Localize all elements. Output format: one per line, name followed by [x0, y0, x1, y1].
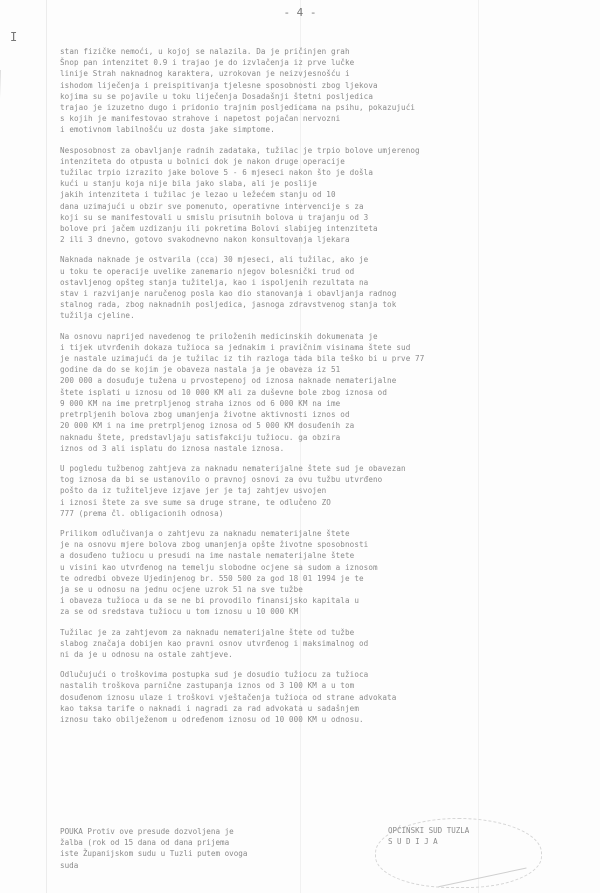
paragraph: stan fizičke nemoći, u kojoj se nalazila…	[60, 46, 560, 136]
text-line: dosuđenom iznosu ulaze i troškovi vješta…	[60, 692, 560, 703]
text-line: žalba (rok od 15 dana od dana prijema	[60, 837, 360, 848]
text-line: linije Strah naknadnog karaktera, uzroko…	[60, 68, 560, 79]
text-line: tužilja cjeline.	[60, 310, 560, 321]
text-line: koji su se manifestovali u smislu prisut…	[60, 212, 560, 223]
text-line: nastalih troškova parnične zastupanja iz…	[60, 680, 560, 691]
text-line: slabog značaja dobijen kao pravni osnov …	[60, 638, 560, 649]
text-line: je na osnovu mjere bolova zbog umanjenja…	[60, 539, 560, 550]
text-line: 777 (prema čl. obligacionih odnosa)	[60, 508, 560, 519]
signature	[435, 854, 526, 887]
text-line: intenziteta do otpusta u bolnici dok je …	[60, 156, 560, 167]
text-line: Odlučujući o troškovima postupka sud je …	[60, 669, 560, 680]
paragraph: Tužilac je za zahtjevom za naknadu nemat…	[60, 627, 560, 661]
paragraph: Na osnovu naprijed navedenog te priložen…	[60, 331, 560, 454]
text-line: i emotivnom labilnošću uz dosta jake sim…	[60, 124, 560, 135]
legal-remedy-note: POUKA Protiv ove presude dozvoljena ježa…	[60, 826, 360, 871]
text-line: a dosuđeno tužiocu u presudi na ime nast…	[60, 550, 560, 561]
text-line: trajao je izuzetno dugo i pridonio trajn…	[60, 102, 560, 113]
text-line: Prilikom odlučivanja o zahtjevu za nakna…	[60, 528, 560, 539]
stamp-line: OPĆINSKI SUD TUZLA	[388, 825, 469, 836]
text-line: za se od sredstava tužiocu u tom iznosu …	[60, 606, 560, 617]
text-line: jakih intenziteta i tužilac je lezao u l…	[60, 189, 560, 200]
paragraph: U pogledu tužbenog zahtjeva za naknadu n…	[60, 463, 560, 519]
text-line: stav i razvijanje naručenog posla kao di…	[60, 288, 560, 299]
document-body: stan fizičke nemoći, u kojoj se nalazila…	[60, 46, 560, 734]
paragraph: Odlučujući o troškovima postupka sud je …	[60, 669, 560, 725]
document-page: I - 4 - stan fizičke nemoći, u kojoj se …	[0, 0, 600, 893]
text-line: 20 000 KM i na ime pretrpljenog iznosa o…	[60, 420, 560, 431]
text-line: Šnop pan intenzitet 0.9 i trajao je do i…	[60, 57, 560, 68]
margin-mark: I	[10, 30, 17, 44]
text-line: ostavljenog opšteg stanja tužitelja, kao…	[60, 277, 560, 288]
paragraph: Nesposobnost za obavljanje radnih zadata…	[60, 145, 560, 246]
text-line: Naknada naknade je ostvarila (cca) 30 mj…	[60, 254, 560, 265]
text-line: ishodom liječenja i preispitivanja tjele…	[60, 80, 560, 91]
paragraph: Prilikom odlučivanja o zahtjevu za nakna…	[60, 528, 560, 618]
scan-fold-line	[46, 0, 47, 893]
text-line: kao taksa tarife o naknadi i nagradi za …	[60, 703, 560, 714]
text-line: kući u stanju koja nije bila jako slaba,…	[60, 178, 560, 189]
text-line: iznosu tako obilježenom u određenom izno…	[60, 714, 560, 725]
text-line: Tužilac je za zahtjevom za naknadu nemat…	[60, 627, 560, 638]
text-line: iznos od 3 ali isplatu do iznosa nastale…	[60, 443, 560, 454]
text-line: i obaveza tužioca u da se ne bi provodil…	[60, 595, 560, 606]
text-line: tužilac trpio izrazito jake bolove 5 - 6…	[60, 167, 560, 178]
text-line: 200 000 a dosuđuje tužena u prvostepenoj…	[60, 375, 560, 386]
text-line: pretrpljenih bolova zbog umanjenja život…	[60, 409, 560, 420]
stamp-line: S U D I J A	[388, 836, 469, 847]
text-line: s kojih je manifestovao strahove i napet…	[60, 113, 560, 124]
text-line: tog iznosa da bi se ustanovilo o pravnoj…	[60, 474, 560, 485]
text-line: 9 000 KM na ime pretrpljenog straha izno…	[60, 398, 560, 409]
page-number: - 4 -	[0, 6, 600, 19]
text-line: Na osnovu naprijed navedenog te priložen…	[60, 331, 560, 342]
paragraph: Naknada naknade je ostvarila (cca) 30 mj…	[60, 254, 560, 321]
text-line: iste Županijskom sudu u Tuzli putem ovog…	[60, 848, 360, 859]
text-line: suda	[60, 860, 360, 871]
text-line: bolove pri jačem uzdizanju ili pokretima…	[60, 223, 560, 234]
text-line: u visini kao utvrđenog na temelju slobod…	[60, 562, 560, 573]
text-line: ni da je u odnosu na ostale zahtjeve.	[60, 649, 560, 660]
stamp-text: OPĆINSKI SUD TUZLAS U D I J A	[388, 825, 469, 847]
text-line: naknadu štete, predstavljaju satisfakcij…	[60, 432, 560, 443]
text-line: te odredbi obveze Ujedinjenog br. 550 50…	[60, 573, 560, 584]
text-line: 2 ili 3 dnevno, gotovo svakodnevno nakon…	[60, 234, 560, 245]
text-line: u toku te operacije uvelike zanemario nj…	[60, 266, 560, 277]
text-line: i iznosi štete za sve sume sa druge stra…	[60, 497, 560, 508]
text-line: je nastale uzimajući da je tužilac iz ti…	[60, 353, 560, 364]
text-line: godine da do se kojim je obaveza nastala…	[60, 364, 560, 375]
text-line: stalnog rada, zbog naknadnih posljedica,…	[60, 299, 560, 310]
text-line: dana uzimajući u obzir sve pomenuto, ope…	[60, 201, 560, 212]
text-line: U pogledu tužbenog zahtjeva za naknadu n…	[60, 463, 560, 474]
text-line: i tijek utvrđenih dokaza tužioca sa jedn…	[60, 342, 560, 353]
text-line: Nesposobnost za obavljanje radnih zadata…	[60, 145, 560, 156]
text-line: štete isplati u iznosu od 10 000 KM ali …	[60, 387, 560, 398]
text-line: ja se u odnosu na jednu ocjene uzrok 51 …	[60, 584, 560, 595]
text-line: kojima su se pojavile u toku liječenja D…	[60, 91, 560, 102]
scan-edge-line	[0, 70, 1, 890]
text-line: pošto da iz tužiteljeve izjave jer je ta…	[60, 485, 560, 496]
court-stamp: OPĆINSKI SUD TUZLAS U D I J A	[375, 818, 542, 888]
text-line: POUKA Protiv ove presude dozvoljena je	[60, 826, 360, 837]
text-line: stan fizičke nemoći, u kojoj se nalazila…	[60, 46, 560, 57]
